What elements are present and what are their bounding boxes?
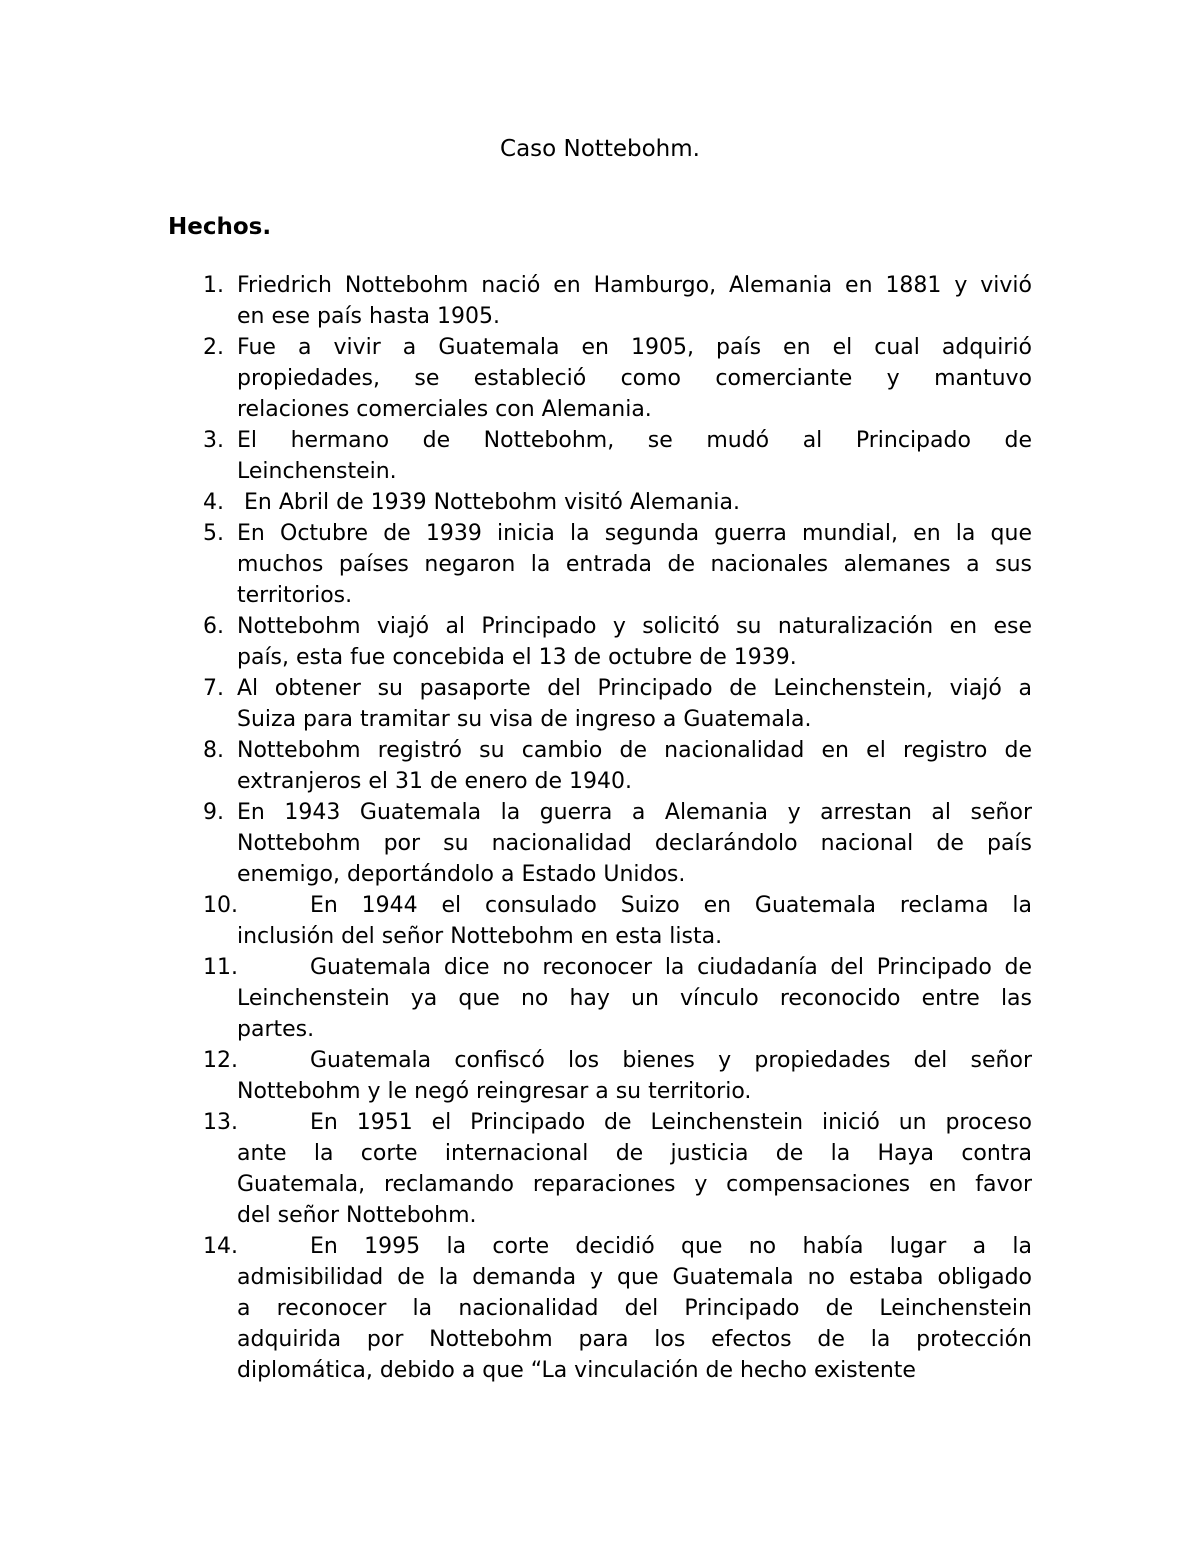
fact-item: 4. En Abril de 1939 Nottebohm visitó Ale… [168, 487, 1032, 518]
fact-number: 14. [203, 1231, 238, 1262]
fact-line: adquirida por Nottebohm para los efectos… [237, 1324, 1032, 1355]
fact-line: territorios. [237, 580, 1032, 611]
fact-text: En 1951 el Principado de Leinchenstein i… [237, 1107, 1032, 1231]
fact-number: 5. [203, 518, 224, 549]
fact-line: partes. [237, 1014, 1032, 1045]
fact-line: Fue a vivir a Guatemala en 1905, país en… [237, 332, 1032, 363]
fact-line: país, esta fue concebida el 13 de octubr… [237, 642, 1032, 673]
fact-number: 3. [203, 425, 224, 456]
fact-line: ante la corte internacional de justicia … [237, 1138, 1032, 1169]
fact-line: enemigo, deportándolo a Estado Unidos. [237, 859, 1032, 890]
fact-line: muchos países negaron la entrada de naci… [237, 549, 1032, 580]
fact-number: 12. [203, 1045, 238, 1076]
fact-number: 10. [203, 890, 238, 921]
fact-line: En 1995 la corte decidió que no había lu… [237, 1231, 1032, 1262]
fact-text: En 1944 el consulado Suizo en Guatemala … [237, 890, 1032, 952]
fact-text: Al obtener su pasaporte del Principado d… [237, 673, 1032, 735]
fact-text: En 1943 Guatemala la guerra a Alemania y… [237, 797, 1032, 890]
fact-text: Guatemala dice no reconocer la ciudadaní… [237, 952, 1032, 1045]
document-page: Caso Nottebohm. Hechos. 1.Friedrich Nott… [0, 0, 1200, 1553]
fact-line: del señor Nottebohm. [237, 1200, 1032, 1231]
fact-line: En 1944 el consulado Suizo en Guatemala … [237, 890, 1032, 921]
fact-line: El hermano de Nottebohm, se mudó al Prin… [237, 425, 1032, 456]
fact-line: Nottebohm viajó al Principado y solicitó… [237, 611, 1032, 642]
fact-text: El hermano de Nottebohm, se mudó al Prin… [237, 425, 1032, 487]
fact-item: 3.El hermano de Nottebohm, se mudó al Pr… [168, 425, 1032, 487]
document-title: Caso Nottebohm. [168, 134, 1032, 165]
fact-text: Fue a vivir a Guatemala en 1905, país en… [237, 332, 1032, 425]
fact-line: En 1943 Guatemala la guerra a Alemania y… [237, 797, 1032, 828]
fact-number: 6. [203, 611, 224, 642]
fact-line: extranjeros el 31 de enero de 1940. [237, 766, 1032, 797]
fact-item: 1.Friedrich Nottebohm nació en Hamburgo,… [168, 270, 1032, 332]
fact-line: a reconocer la nacionalidad del Principa… [237, 1293, 1032, 1324]
fact-line: inclusión del señor Nottebohm en esta li… [237, 921, 1032, 952]
fact-line: Al obtener su pasaporte del Principado d… [237, 673, 1032, 704]
fact-number: 2. [203, 332, 224, 363]
fact-item: 12.Guatemala confiscó los bienes y propi… [168, 1045, 1032, 1107]
fact-text: Nottebohm registró su cambio de nacional… [237, 735, 1032, 797]
fact-line: Leinchenstein. [237, 456, 1032, 487]
fact-item: 10.En 1944 el consulado Suizo en Guatema… [168, 890, 1032, 952]
document-content: Caso Nottebohm. Hechos. 1.Friedrich Nott… [168, 0, 1032, 1386]
fact-text: Nottebohm viajó al Principado y solicitó… [237, 611, 1032, 673]
fact-item: 2.Fue a vivir a Guatemala en 1905, país … [168, 332, 1032, 425]
fact-number: 7. [203, 673, 224, 704]
fact-number: 4. [203, 487, 224, 518]
fact-line: Leinchenstein ya que no hay un vínculo r… [237, 983, 1032, 1014]
fact-line: Suiza para tramitar su visa de ingreso a… [237, 704, 1032, 735]
fact-number: 9. [203, 797, 224, 828]
fact-item: 6.Nottebohm viajó al Principado y solici… [168, 611, 1032, 673]
fact-text: En Abril de 1939 Nottebohm visitó Aleman… [237, 487, 1032, 518]
fact-line: Nottebohm y le negó reingresar a su terr… [237, 1076, 1032, 1107]
fact-line: En Abril de 1939 Nottebohm visitó Aleman… [237, 487, 1032, 518]
fact-line: Friedrich Nottebohm nació en Hamburgo, A… [237, 270, 1032, 301]
fact-item: 8.Nottebohm registró su cambio de nacion… [168, 735, 1032, 797]
fact-line: propiedades, se estableció como comercia… [237, 363, 1032, 394]
fact-text: Guatemala confiscó los bienes y propieda… [237, 1045, 1032, 1107]
fact-item: 13.En 1951 el Principado de Leinchenstei… [168, 1107, 1032, 1231]
fact-line: relaciones comerciales con Alemania. [237, 394, 1032, 425]
fact-line: Guatemala dice no reconocer la ciudadaní… [237, 952, 1032, 983]
fact-line: admisibilidad de la demanda y que Guatem… [237, 1262, 1032, 1293]
fact-line: Nottebohm registró su cambio de nacional… [237, 735, 1032, 766]
fact-line: Nottebohm por su nacionalidad declarándo… [237, 828, 1032, 859]
fact-item: 14.En 1995 la corte decidió que no había… [168, 1231, 1032, 1386]
fact-item: 11.Guatemala dice no reconocer la ciudad… [168, 952, 1032, 1045]
fact-item: 7.Al obtener su pasaporte del Principado… [168, 673, 1032, 735]
section-heading: Hechos. [168, 212, 1032, 243]
fact-text: Friedrich Nottebohm nació en Hamburgo, A… [237, 270, 1032, 332]
fact-line: Guatemala confiscó los bienes y propieda… [237, 1045, 1032, 1076]
fact-line: diplomática, debido a que “La vinculació… [237, 1355, 1032, 1386]
fact-number: 1. [203, 270, 224, 301]
fact-line: en ese país hasta 1905. [237, 301, 1032, 332]
facts-list: 1.Friedrich Nottebohm nació en Hamburgo,… [168, 270, 1032, 1386]
fact-item: 9.En 1943 Guatemala la guerra a Alemania… [168, 797, 1032, 890]
fact-text: En 1995 la corte decidió que no había lu… [237, 1231, 1032, 1386]
fact-line: En Octubre de 1939 inicia la segunda gue… [237, 518, 1032, 549]
fact-item: 5.En Octubre de 1939 inicia la segunda g… [168, 518, 1032, 611]
fact-number: 13. [203, 1107, 238, 1138]
fact-number: 8. [203, 735, 224, 766]
fact-text: En Octubre de 1939 inicia la segunda gue… [237, 518, 1032, 611]
fact-line: Guatemala, reclamando reparaciones y com… [237, 1169, 1032, 1200]
fact-line: En 1951 el Principado de Leinchenstein i… [237, 1107, 1032, 1138]
fact-number: 11. [203, 952, 238, 983]
